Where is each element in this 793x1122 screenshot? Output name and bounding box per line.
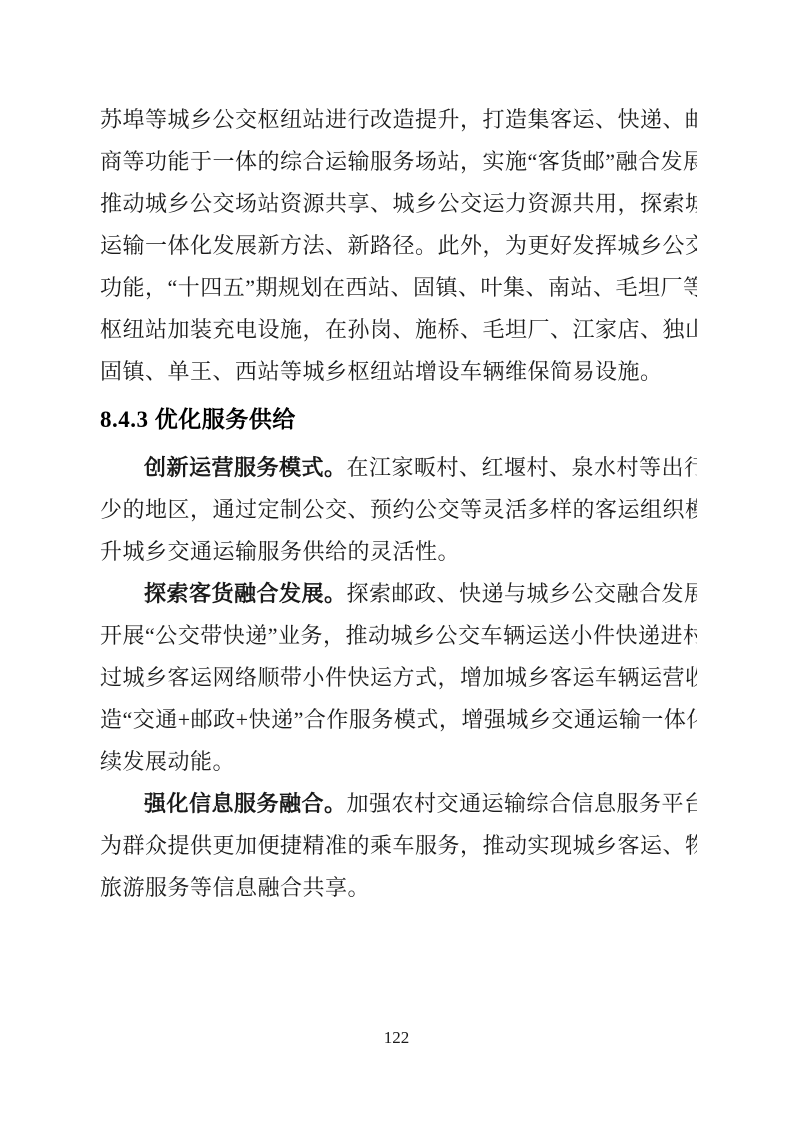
text-line: 开展“公交带快递”业务，推动城乡公交车辆运送小件快递进村，通 [100,615,697,657]
paragraph-text: 加强农村交通运输综合信息服务平台建设， [347,791,697,816]
paragraph-lead-bold: 创新运营服务模式。 [144,455,347,480]
text-line: 续发展动能。 [100,741,697,783]
section-heading: 8.4.3 优化服务供给 [100,393,697,447]
document-page: 苏埠等城乡公交枢纽站进行改造提升，打造集客运、快递、邮政、电 商等功能于一体的综… [0,0,793,1122]
text-line: 造“交通+邮政+快递”合作服务模式，增强城乡交通运输一体化可持 [100,699,697,741]
text-line: 创新运营服务模式。在江家畈村、红堰村、泉水村等出行需求较 [100,447,697,489]
paragraph: 强化信息服务融合。加强农村交通运输综合信息服务平台建设， 为群众提供更加便捷精准… [100,783,697,909]
text-line: 探索客货融合发展。探索邮政、快递与城乡公交融合发展模式， [100,573,697,615]
page-body-text: 苏埠等城乡公交枢纽站进行改造提升，打造集客运、快递、邮政、电 商等功能于一体的综… [100,99,697,909]
paragraph: 苏埠等城乡公交枢纽站进行改造提升，打造集客运、快递、邮政、电 商等功能于一体的综… [100,99,697,393]
paragraph-lead-bold: 探索客货融合发展。 [144,581,347,606]
text-line: 升城乡交通运输服务供给的灵活性。 [100,531,697,573]
paragraph-lead-bold: 强化信息服务融合。 [144,791,347,816]
paragraph: 探索客货融合发展。探索邮政、快递与城乡公交融合发展模式， 开展“公交带快递”业务… [100,573,697,783]
text-line: 功能，“十四五”期规划在西站、固镇、叶集、南站、毛坦厂等城乡 [100,267,697,309]
text-line: 枢纽站加装充电设施，在孙岗、施桥、毛坦厂、江家店、独山、木厂、 [100,309,697,351]
text-line: 固镇、单王、西站等城乡枢纽站增设车辆维保简易设施。 [100,351,697,393]
text-line: 商等功能于一体的综合运输服务场站，实施“客货邮”融合发展项目， [100,141,697,183]
page-number: 122 [0,1028,793,1048]
text-line: 少的地区，通过定制公交、预约公交等灵活多样的客运组织模式，提 [100,489,697,531]
paragraph-text: 在江家畈村、红堰村、泉水村等出行需求较 [347,455,697,480]
text-line: 过城乡客运网络顺带小件快运方式，增加城乡客运车辆运营收入，打 [100,657,697,699]
paragraph: 创新运营服务模式。在江家畈村、红堰村、泉水村等出行需求较 少的地区，通过定制公交… [100,447,697,573]
text-line: 强化信息服务融合。加强农村交通运输综合信息服务平台建设， [100,783,697,825]
text-line: 运输一体化发展新方法、新路径。此外，为更好发挥城乡公交枢纽的 [100,225,697,267]
text-line: 推动城乡公交场站资源共享、城乡公交运力资源共用，探索城乡交通 [100,183,697,225]
paragraph-text: 探索邮政、快递与城乡公交融合发展模式， [347,581,697,606]
text-line: 旅游服务等信息融合共享。 [100,867,697,909]
text-line: 为群众提供更加便捷精准的乘车服务，推动实现城乡客运、物流配送、 [100,825,697,867]
text-line: 苏埠等城乡公交枢纽站进行改造提升，打造集客运、快递、邮政、电 [100,99,697,141]
